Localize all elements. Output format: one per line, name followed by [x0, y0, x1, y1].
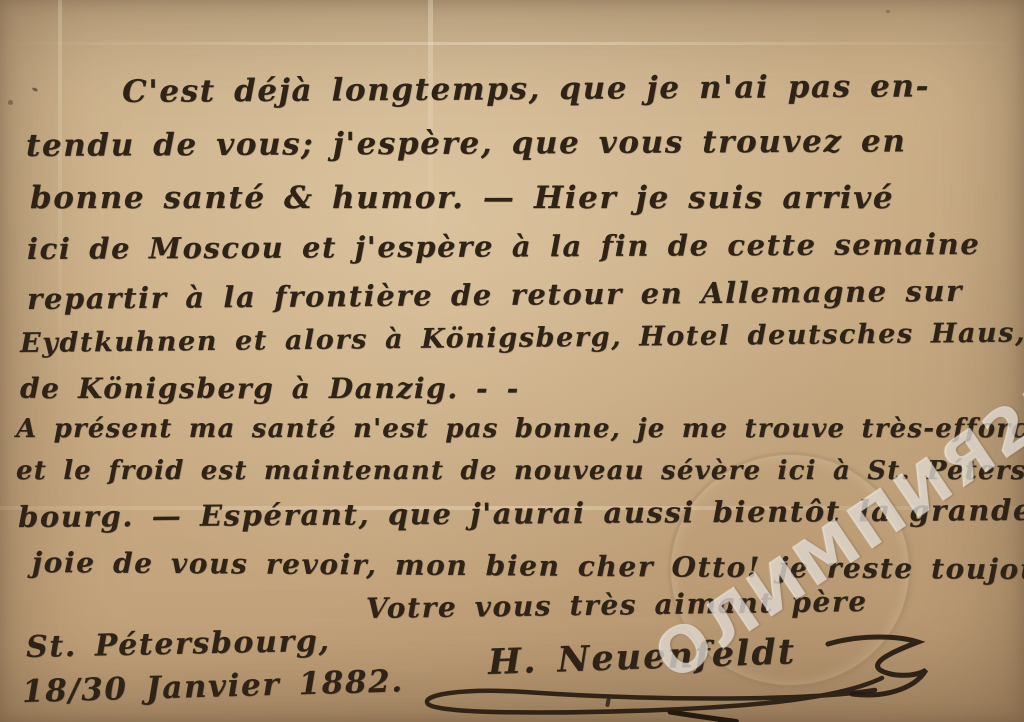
- handwritten-line: C'est déjà longtemps, que je n'ai pas en…: [122, 68, 930, 110]
- ink-speck: [605, 698, 611, 708]
- handwritten-line: A présent ma santé n'est pas bonne, je m…: [16, 414, 1024, 444]
- date-line: 18/30 Janvier 1882.: [21, 663, 404, 710]
- handwritten-line: tendu de vous; j'espère, que vous trouve…: [26, 123, 907, 164]
- ink-speck: [8, 100, 13, 105]
- handwritten-line: Eydtkuhnen et alors à Königsberg, Hotel …: [20, 317, 1024, 359]
- handwritten-line: bonne santé & humor. — Hier je suis arri…: [30, 180, 894, 216]
- postcard-paper: C'est déjà longtemps, que je n'ai pas en…: [0, 0, 1024, 722]
- ink-speck: [32, 87, 39, 92]
- handwritten-line: repartir à la frontière de retour en All…: [27, 274, 963, 316]
- place-line: St. Pétersbourg,: [26, 624, 331, 665]
- handwritten-line: de Königsberg à Danzig. - -: [20, 372, 520, 405]
- handwritten-line: ici de Moscou et j'espère à la fin de ce…: [27, 227, 981, 266]
- paper-crease: [0, 42, 1024, 45]
- ink-speck: [886, 10, 890, 13]
